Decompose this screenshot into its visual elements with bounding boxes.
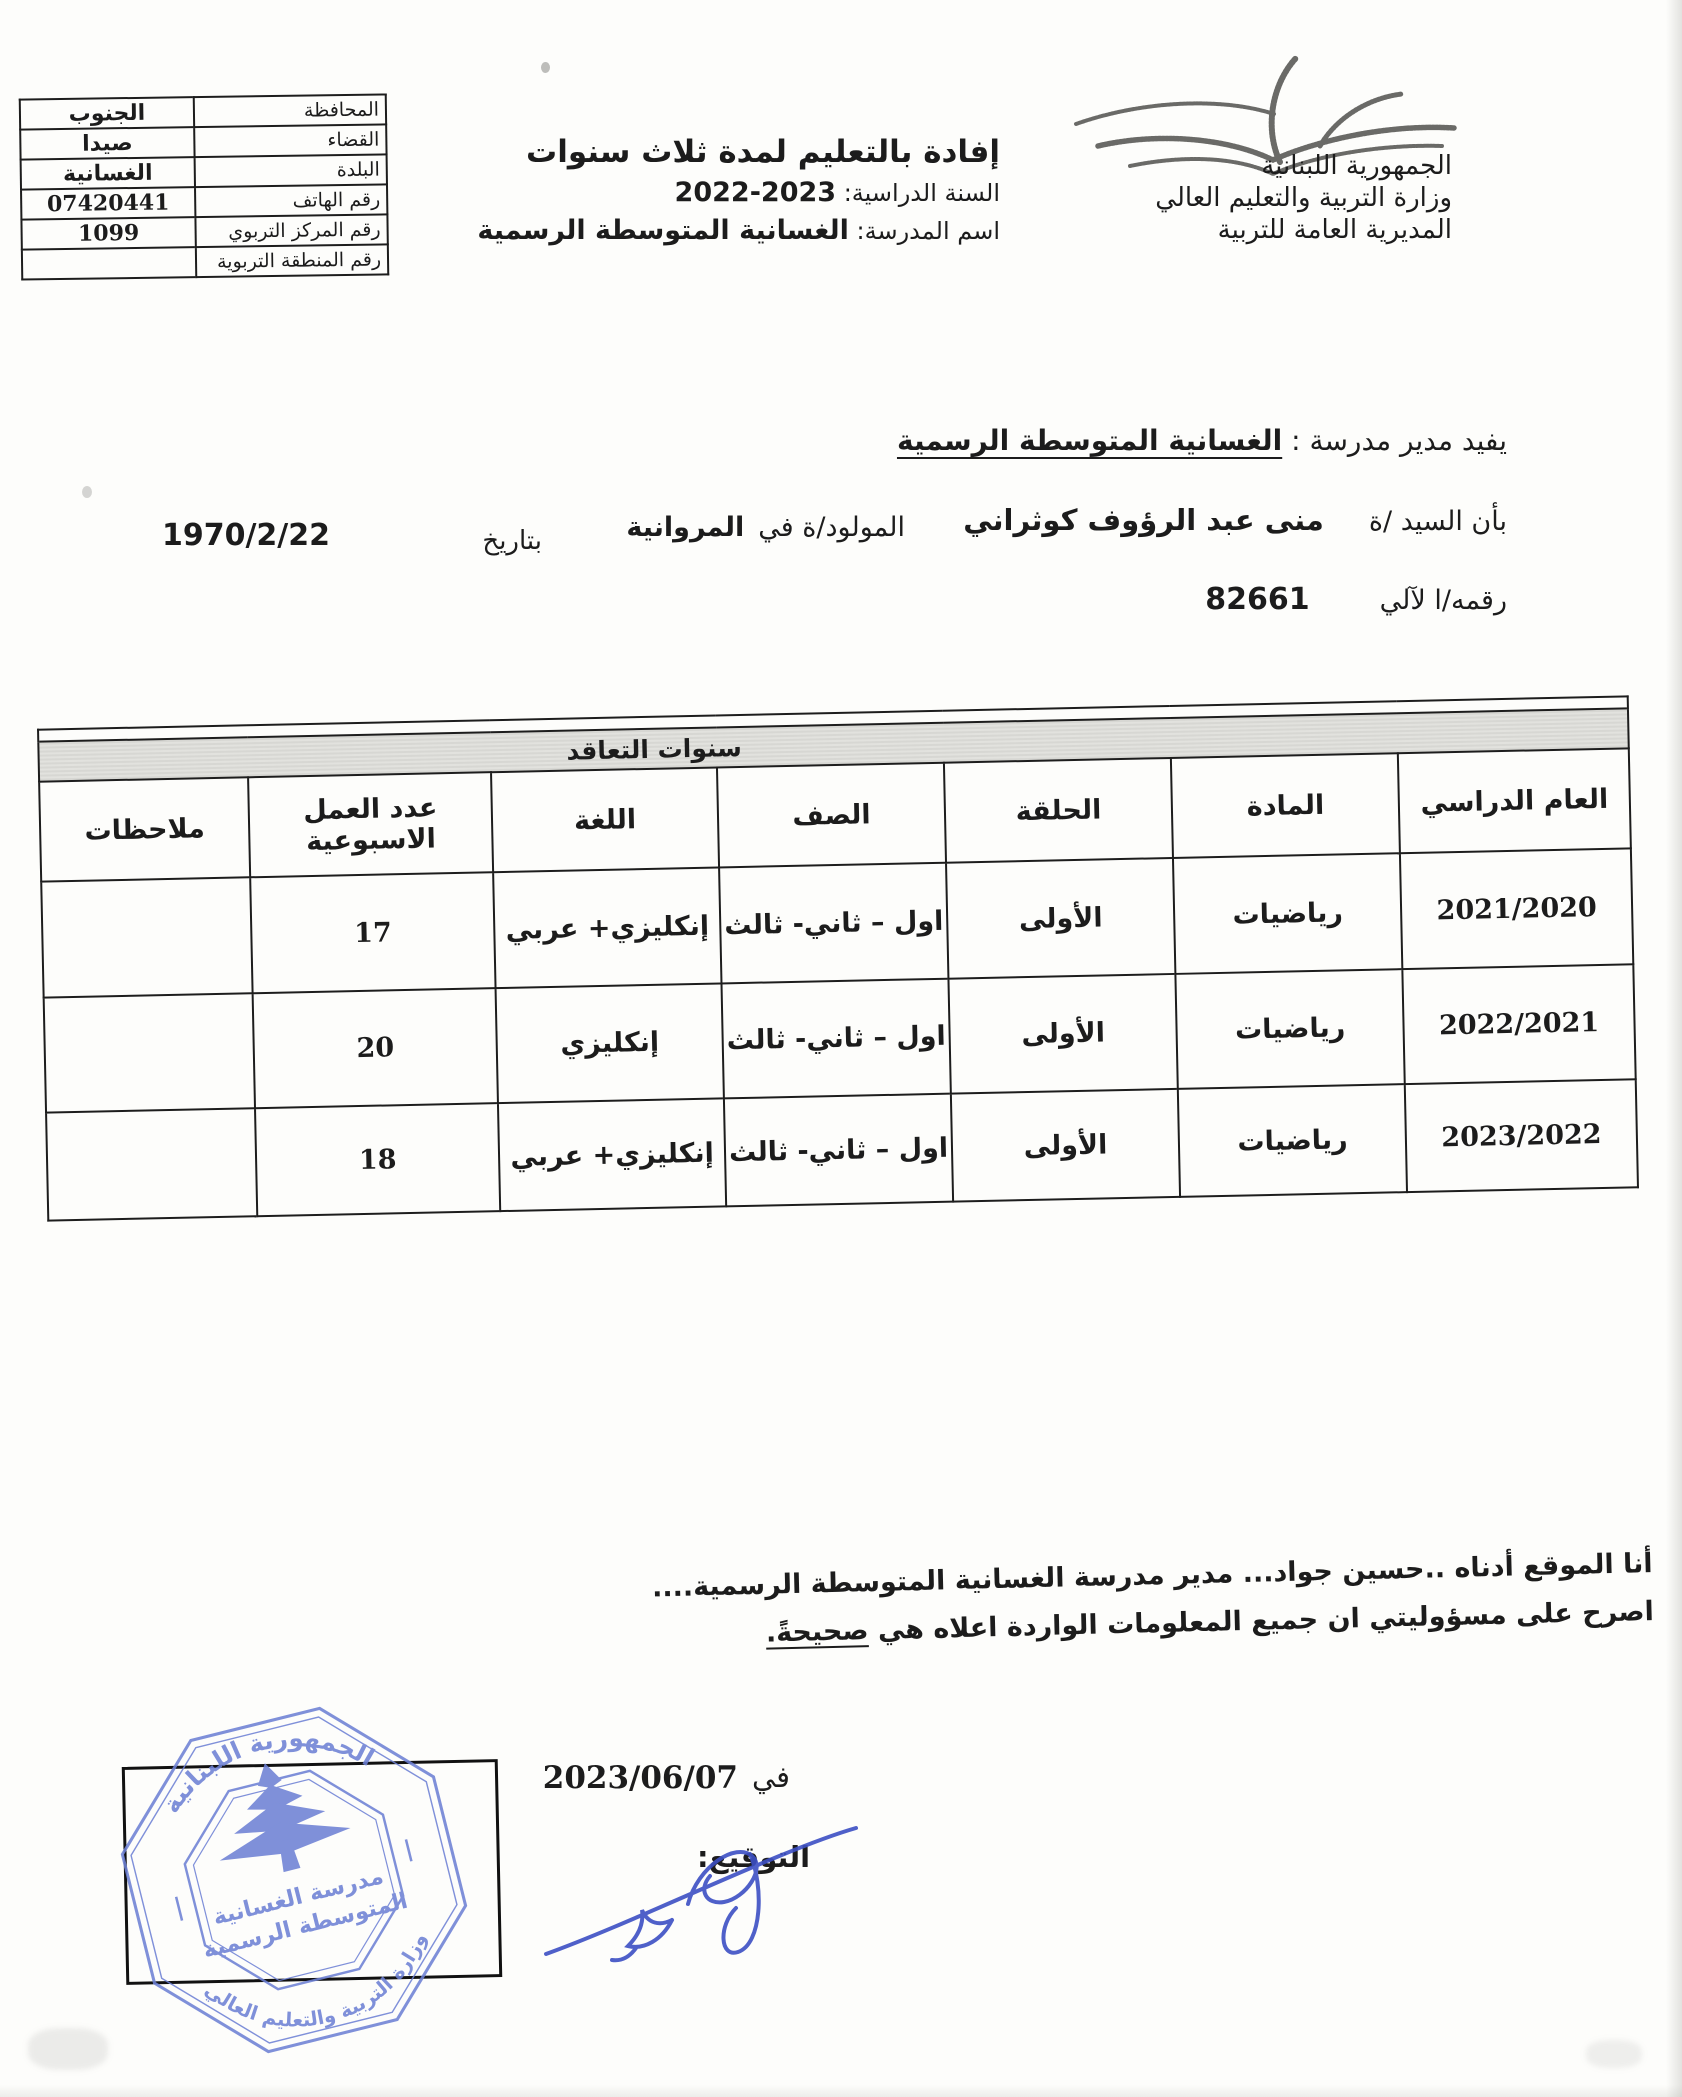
republic-header: الجمهورية اللبنانية وزارة التربية والتعل… xyxy=(1155,150,1452,246)
birthplace-line: المولود/ة في المروانية xyxy=(626,512,905,543)
title-block: إفادة بالتعليم لمدة ثلاث سنوات السنة الد… xyxy=(477,134,1000,246)
handwritten-signature-icon xyxy=(540,1802,870,1972)
cell-language: إنكليزي+ عربي xyxy=(493,867,721,988)
col-header-weekly-hours: عدد العمل الاسبوعية xyxy=(248,772,493,877)
cell-notes xyxy=(44,993,255,1112)
birthplace-label: المولود/ة في xyxy=(758,512,905,543)
cell-hours: 20 xyxy=(253,988,498,1108)
cell-cycle: الأولى xyxy=(949,974,1178,1094)
info-label: رقم الهاتف xyxy=(195,184,387,217)
scan-artifact xyxy=(1666,0,1682,2097)
file-number-value: 82661 xyxy=(1205,582,1309,617)
school-year-line: السنة الدراسية: 2023-2022 xyxy=(477,177,1000,208)
col-header-notes: ملاحظات xyxy=(39,777,250,881)
info-value: صيدا xyxy=(20,127,194,159)
date-label: في xyxy=(752,1760,790,1796)
subject-label: بأن السيد /ة xyxy=(1369,506,1507,537)
cell-language: إنكليزي+ عربي xyxy=(498,1098,726,1211)
issue-date-line: في 2023/06/07 xyxy=(543,1760,790,1796)
birthplace-value: المروانية xyxy=(626,512,744,543)
cell-year: 2021/2020 xyxy=(1400,848,1633,969)
col-header-language: اللغة xyxy=(491,767,719,872)
col-header-year: العام الدراسي xyxy=(1398,748,1631,853)
scan-artifact xyxy=(28,2028,108,2070)
official-school-stamp: الجمهورية اللبنانية وزارة التربية والتعل… xyxy=(100,1686,488,2074)
info-value: 07420441 xyxy=(21,187,195,219)
info-value xyxy=(22,247,196,279)
info-value: الغسانية xyxy=(21,157,195,189)
cell-year: 2023/2022 xyxy=(1405,1079,1638,1192)
col-header-cycle: الحلقة xyxy=(944,758,1173,863)
school-name-value: الغسانية المتوسطة الرسمية xyxy=(477,215,849,246)
school-name-label: اسم المدرسة: xyxy=(857,217,1000,245)
cell-year: 2022/2021 xyxy=(1402,964,1635,1084)
declaration-underlined-word: صحيحةً. xyxy=(765,1615,868,1648)
file-number-label: رقمه/ا لآلي xyxy=(1380,585,1507,616)
info-value: الجنوب xyxy=(20,97,194,129)
birthdate-label: بتاريخ xyxy=(482,526,542,556)
info-label: المحافظة xyxy=(194,94,386,127)
col-header-grade: الصف xyxy=(717,763,946,868)
scan-artifact xyxy=(0,2085,1682,2097)
school-year-value: 2023-2022 xyxy=(675,177,837,208)
republic-line: الجمهورية اللبنانية xyxy=(1155,150,1452,182)
cell-cycle: الأولى xyxy=(946,858,1175,979)
cell-subject: رياضيات xyxy=(1175,969,1404,1089)
page-title: إفادة بالتعليم لمدة ثلاث سنوات xyxy=(477,134,1000,170)
cell-subject: رياضيات xyxy=(1173,853,1402,974)
school-year-label: السنة الدراسية: xyxy=(844,179,1000,207)
cell-notes xyxy=(46,1108,257,1220)
principal-statement-line: يفيد مدير مدرسة : الغسانية المتوسطة الرس… xyxy=(897,424,1507,457)
principal-label: يفيد مدير مدرسة : xyxy=(1291,424,1507,457)
file-number-line: رقمه/ا لآلي 82661 xyxy=(1205,582,1507,617)
cell-grade: اول – ثاني- ثالث xyxy=(722,979,951,1099)
subject-line: بأن السيد /ة منى عبد الرؤوف كوثراني xyxy=(963,503,1507,537)
subject-name: منى عبد الرؤوف كوثراني xyxy=(963,503,1324,537)
scan-artifact xyxy=(541,62,550,73)
birthdate-value: 1970/2/22 xyxy=(162,518,330,553)
cell-notes xyxy=(41,877,252,997)
ministry-line: وزارة التربية والتعليم العالي xyxy=(1155,182,1452,214)
cell-subject: رياضيات xyxy=(1178,1084,1407,1197)
cell-hours: 18 xyxy=(255,1103,500,1216)
admin-info-table: المحافظة الجنوب القضاء صيدا البلدة الغسا… xyxy=(19,93,390,280)
info-label: البلدة xyxy=(195,154,387,187)
principal-school-name: الغسانية المتوسطة الرسمية xyxy=(897,424,1282,457)
directorate-line: المديرية العامة للتربية xyxy=(1155,214,1452,246)
school-name-line: اسم المدرسة: الغسانية المتوسطة الرسمية xyxy=(477,215,1000,246)
declaration-line-2-text: اصرح على مسؤوليتي ان جميع المعلومات الوا… xyxy=(878,1596,1655,1646)
col-header-subject: المادة xyxy=(1171,753,1400,858)
scanned-certificate-page: المحافظة الجنوب القضاء صيدا البلدة الغسا… xyxy=(0,0,1682,2097)
info-label: رقم المركز التربوي xyxy=(195,214,387,247)
info-label: رقم المنطقة التربوية xyxy=(196,244,388,277)
date-value: 2023/06/07 xyxy=(543,1760,738,1796)
cell-hours: 17 xyxy=(250,872,495,993)
info-value: 1099 xyxy=(21,217,195,249)
contract-years-table: سنوات التعاقد العام الدراسي المادة الحلق… xyxy=(37,695,1637,1221)
table-row: رقم المنطقة التربوية xyxy=(22,244,388,279)
info-label: القضاء xyxy=(194,124,386,157)
cell-cycle: الأولى xyxy=(951,1089,1180,1202)
declaration: أنا الموقع أدناه ..حسين جواد... مدير مدر… xyxy=(552,1540,1654,1663)
scan-artifact xyxy=(82,486,92,498)
cell-grade: اول – ثاني- ثالث xyxy=(719,863,948,984)
cell-language: إنكليزي xyxy=(496,983,724,1103)
scan-artifact xyxy=(1586,2040,1642,2068)
cell-grade: اول – ثاني- ثالث xyxy=(724,1094,953,1207)
